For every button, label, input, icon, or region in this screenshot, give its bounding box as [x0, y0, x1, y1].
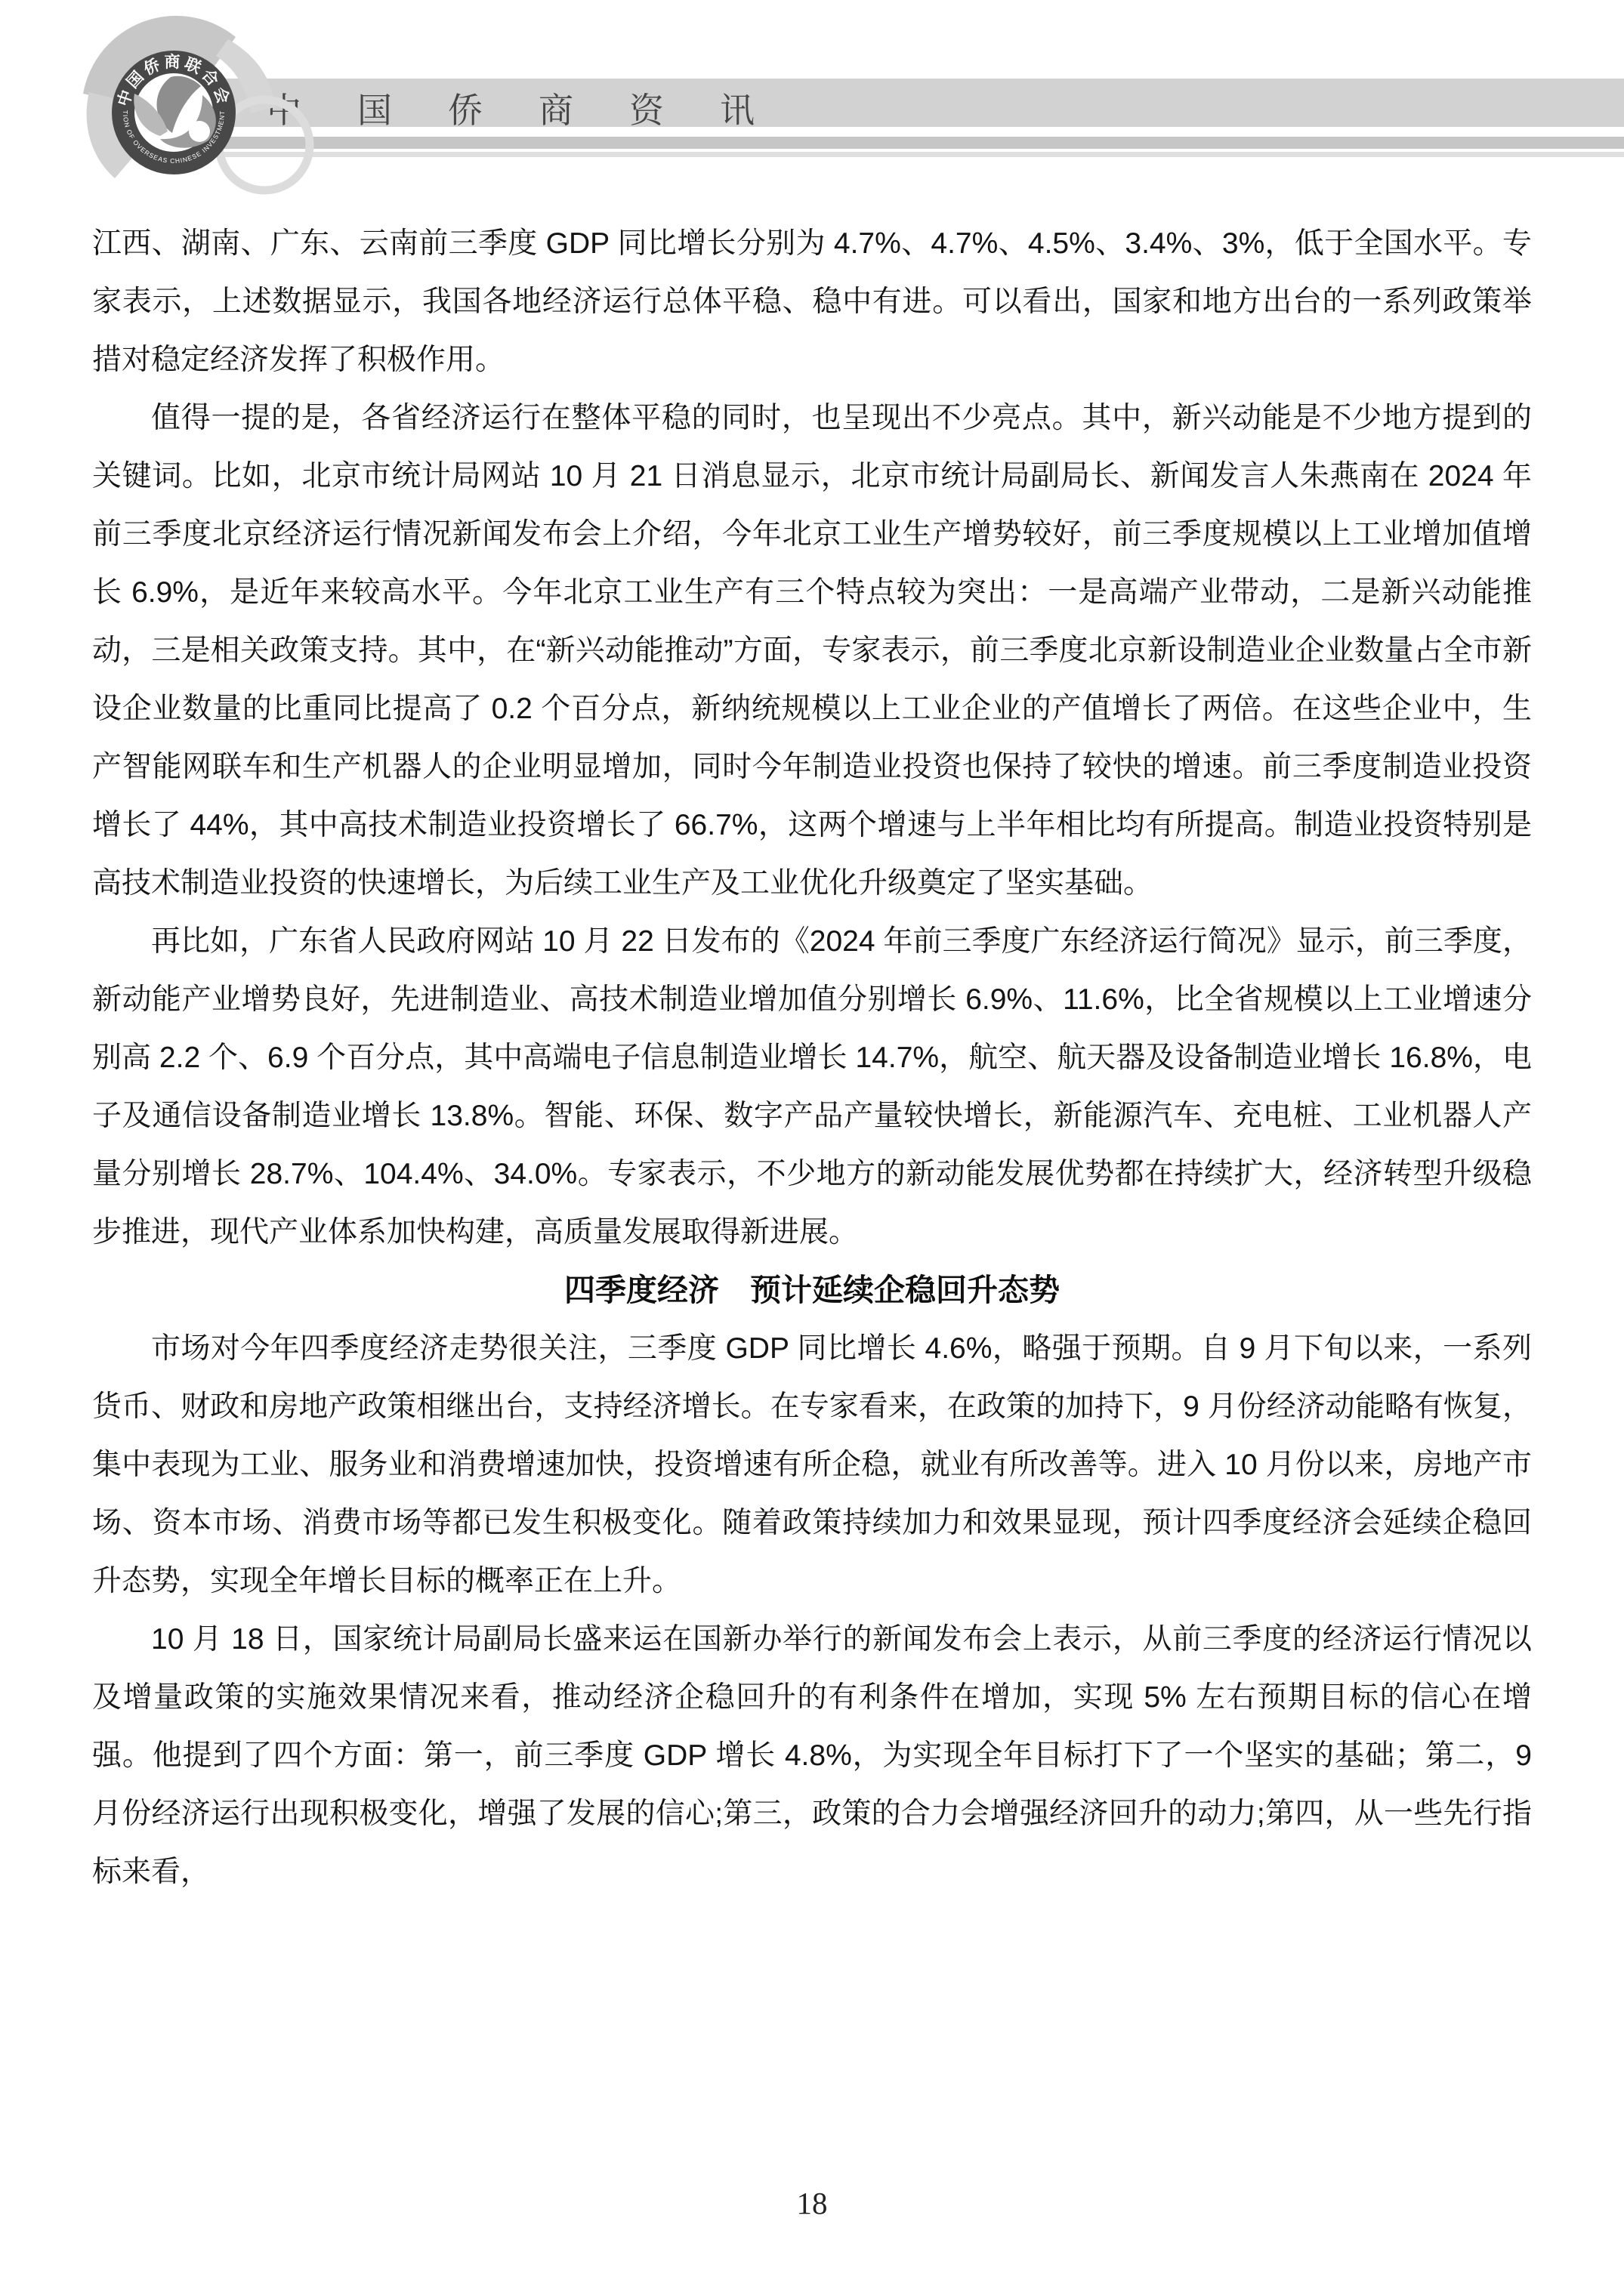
page-number: 18 [0, 2185, 1624, 2221]
federation-logo: 中国侨商联合会 CHINA FEDERATION OF OVERSEAS CHI… [38, 3, 355, 199]
federation-logo-graphic: 中国侨商联合会 CHINA FEDERATION OF OVERSEAS CHI… [38, 3, 355, 199]
magazine-page: 中国侨商资讯 中国侨商联合会 CHINA FEDERATION OF OVERS… [0, 0, 1624, 2293]
article-paragraph: 再比如，广东省人民政府网站 10 月 22 日发布的《2024 年前三季度广东经… [92, 912, 1532, 1261]
article-paragraph: 市场对今年四季度经济走势很关注，三季度 GDP 同比增长 4.6%，略强于预期。… [92, 1319, 1532, 1610]
section-heading: 四季度经济 预计延续企稳回升态势 [92, 1261, 1532, 1319]
header-stripe-thin [202, 152, 1624, 157]
article-paragraph: 值得一提的是，各省经济运行在整体平稳的同时，也呈现出不少亮点。其中，新兴动能是不… [92, 389, 1532, 912]
article-paragraph: 江西、湖南、广东、云南前三季度 GDP 同比增长分别为 4.7%、4.7%、4.… [92, 214, 1532, 389]
article-paragraph: 10 月 18 日，国家统计局副局长盛来运在国新办举行的新闻发布会上表示，从前三… [92, 1610, 1532, 1901]
article-body: 江西、湖南、广东、云南前三季度 GDP 同比增长分别为 4.7%、4.7%、4.… [92, 214, 1532, 1901]
header-banner: 中国侨商资讯 [202, 79, 1624, 127]
header-stripe-thick [202, 137, 1624, 149]
